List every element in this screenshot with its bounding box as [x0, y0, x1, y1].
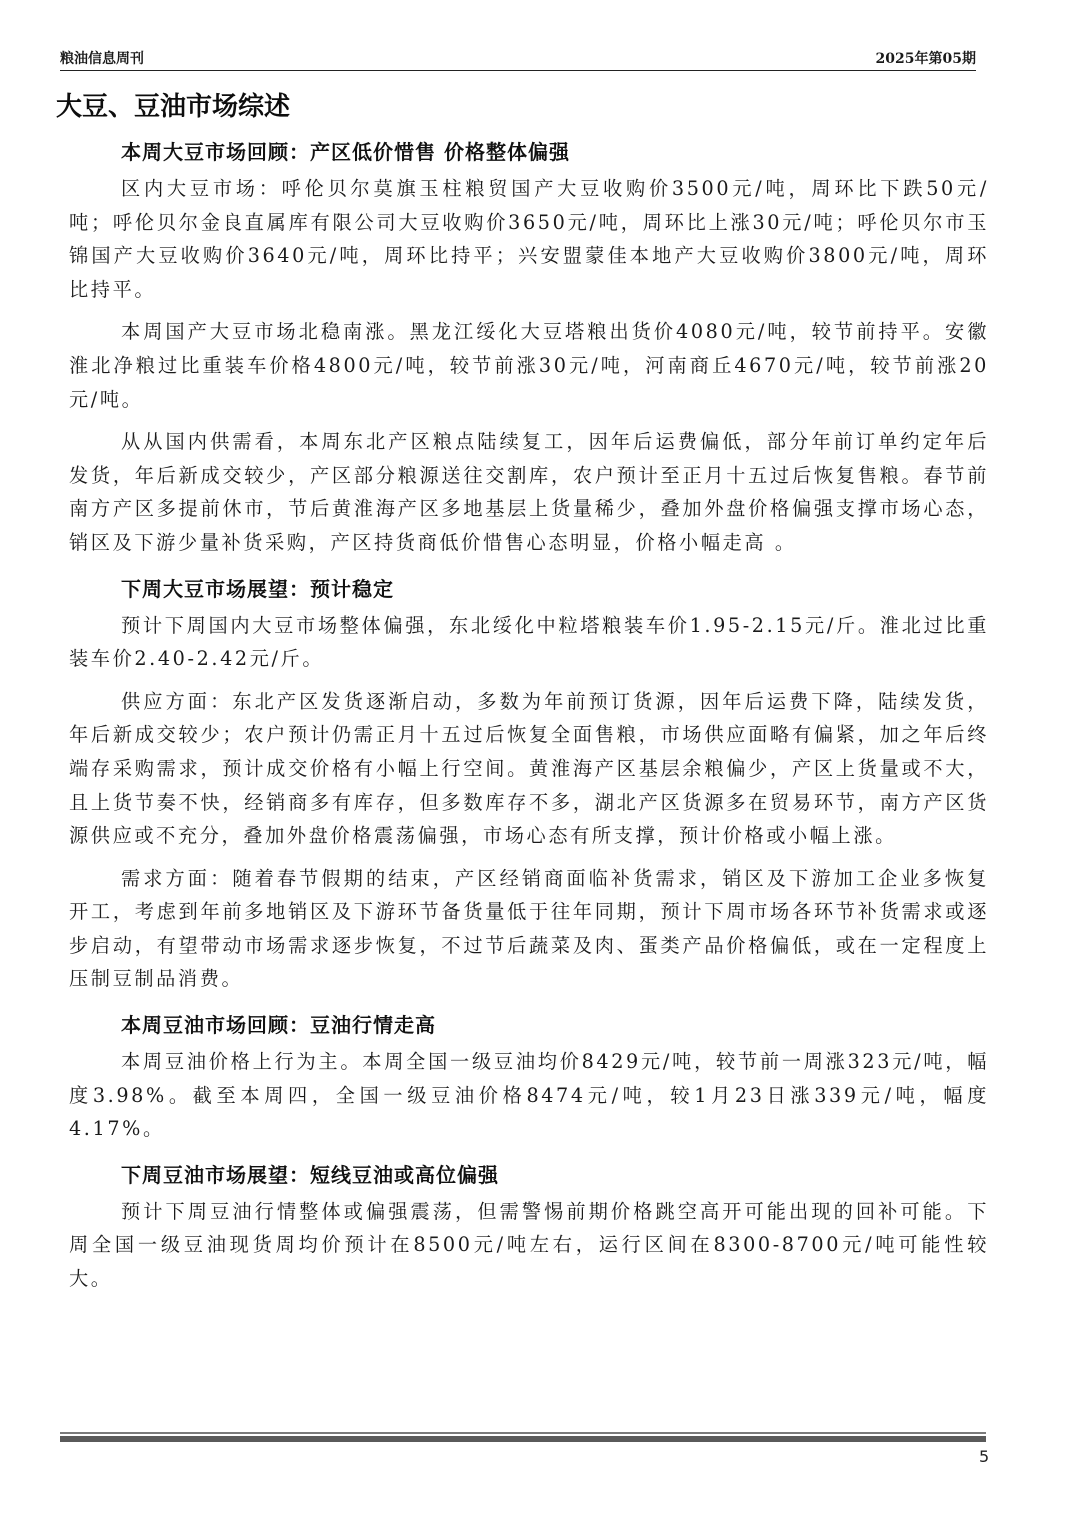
paragraph: 供应方面：东北产区发货逐渐启动，多数为年前预订货源，因年后运费下降，陆续发货，年… [69, 685, 989, 853]
footer-divider [60, 1432, 986, 1442]
article-body: 本周大豆市场回顾：产区低价惜售 价格整体偏强 区内大豆市场：呼伦贝尔莫旗玉柱粮贸… [69, 132, 989, 1305]
paragraph: 从从国内供需看，本周东北产区粮点陆续复工，因年后运费偏低，部分年前订单约定年后发… [69, 425, 989, 559]
footer-rule-thin [60, 1432, 986, 1434]
heading-soybean-outlook: 下周大豆市场展望：预计稳定 [69, 569, 989, 609]
page-number: 5 [979, 1447, 989, 1466]
running-header: 粮油信息周刊 2025年第05期 [60, 46, 976, 71]
issue-number: 2025年第05期 [876, 48, 976, 68]
section-title: 大豆、豆油市场综述 [56, 86, 290, 123]
paragraph: 本周国产大豆市场北稳南涨。黑龙江绥化大豆塔粮出货价4080元/吨，较节前持平。安… [69, 315, 989, 416]
heading-soybean-review: 本周大豆市场回顾：产区低价惜售 价格整体偏强 [69, 132, 989, 172]
paragraph: 区内大豆市场：呼伦贝尔莫旗玉柱粮贸国产大豆收购价3500元/吨，周环比下跌50元… [69, 172, 989, 306]
paragraph: 预计下周豆油行情整体或偏强震荡，但需警惕前期价格跳空高开可能出现的回补可能。下周… [69, 1195, 989, 1296]
heading-soyoil-outlook: 下周豆油市场展望：短线豆油或高位偏强 [69, 1155, 989, 1195]
paragraph: 预计下周国内大豆市场整体偏强，东北绥化中粒塔粮装车价1.95-2.15元/斤。淮… [69, 609, 989, 676]
heading-soyoil-review: 本周豆油市场回顾：豆油行情走高 [69, 1005, 989, 1045]
publication-name: 粮油信息周刊 [60, 48, 144, 68]
paragraph: 需求方面：随着春节假期的结束，产区经销商面临补货需求，销区及下游加工企业多恢复开… [69, 862, 989, 996]
paragraph: 本周豆油价格上行为主。本周全国一级豆油均价8429元/吨，较节前一周涨323元/… [69, 1045, 989, 1146]
footer-rule-thick [60, 1436, 986, 1442]
